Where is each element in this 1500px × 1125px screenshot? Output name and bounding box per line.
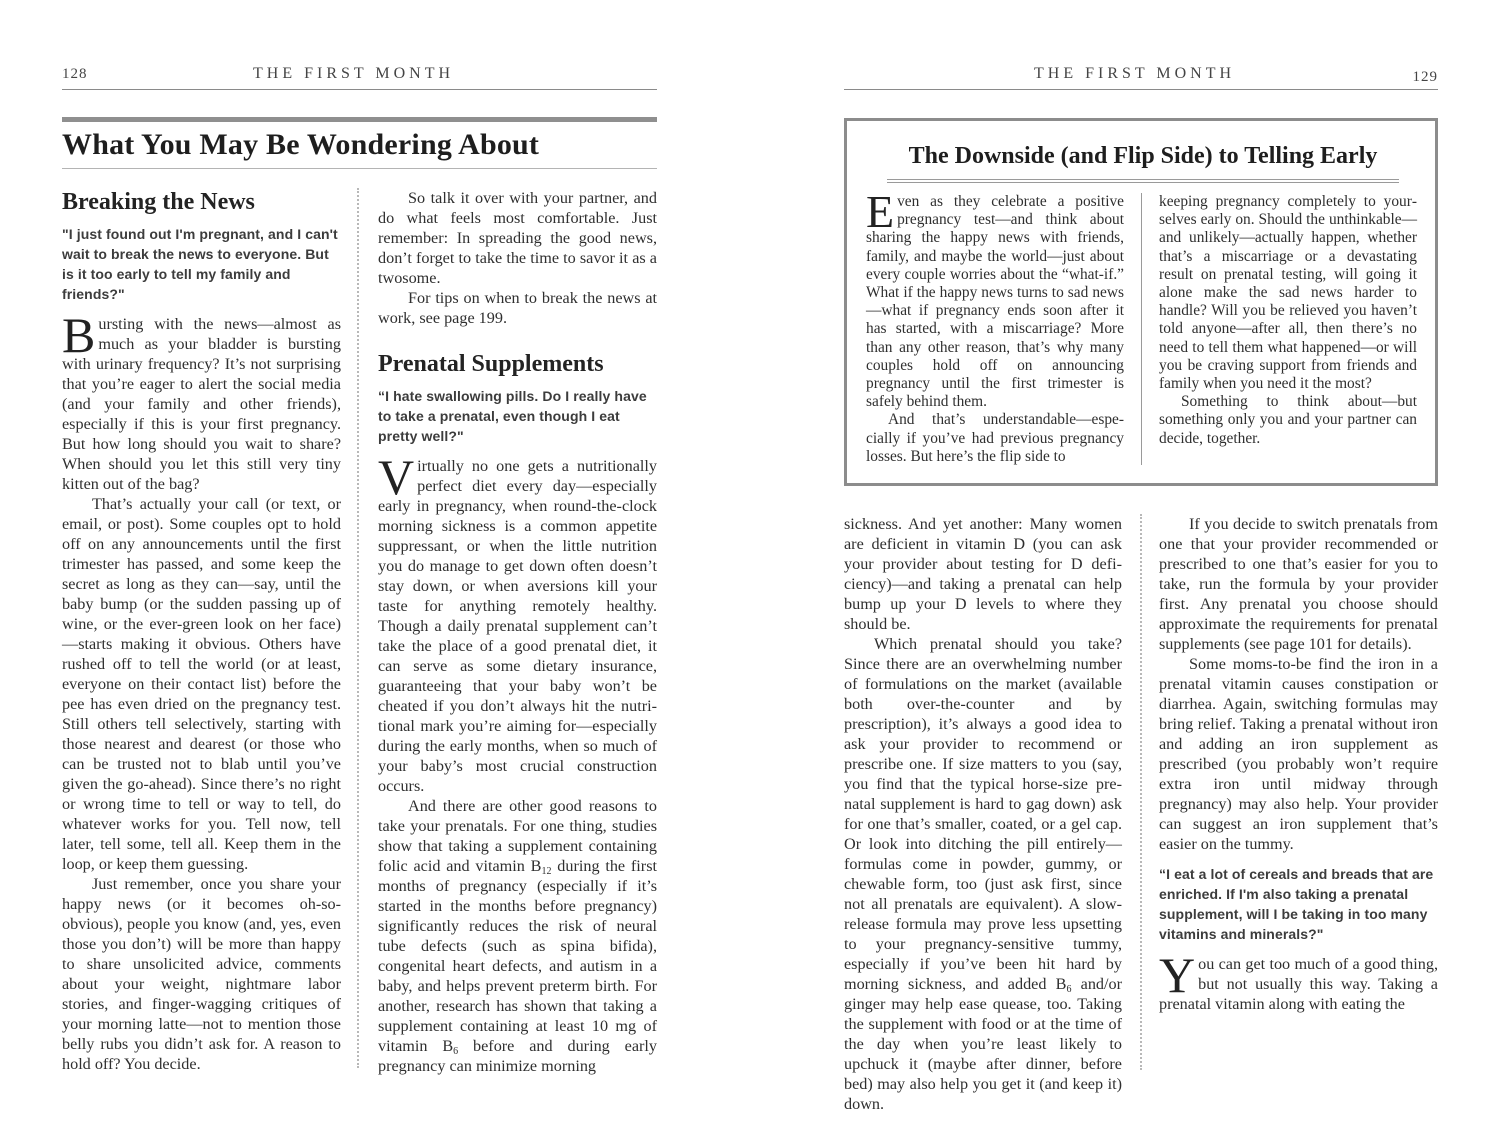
- right-page: THE FIRST MONTH 129 The Downside (and Fl…: [844, 0, 1438, 1125]
- body-paragraph: Virtually no one gets a nutritionally pe…: [378, 456, 657, 796]
- sidebar-paragraph: keeping pregnancy completely to your­sel…: [1159, 193, 1417, 393]
- section-rule: [62, 117, 657, 122]
- left-page: 128 THE FIRST MONTH What You May Be Wond…: [62, 0, 657, 1125]
- column-divider: [1140, 514, 1142, 1070]
- sidebar-column-divider: [1141, 193, 1142, 465]
- drop-cap: V: [378, 458, 414, 496]
- body-paragraph: Just remember, once you share your happy…: [62, 874, 341, 1074]
- body-paragraph: And there are other good reasons to take…: [378, 796, 657, 1076]
- sidebar-paragraph: Even as they celebrate a positive pregna…: [866, 193, 1124, 411]
- column-divider: [357, 188, 359, 1068]
- reader-question: "I just found out I'm pregnant, and I ca…: [62, 224, 341, 304]
- body-paragraph: So talk it over with your partner, and d…: [378, 188, 657, 288]
- drop-cap: Y: [1159, 956, 1195, 994]
- sidebar-box: The Downside (and Flip Side) to Telling …: [844, 118, 1438, 486]
- reader-question: “I hate swallowing pills. Do I really ha…: [378, 386, 657, 446]
- body-paragraph: sickness. And yet another: Many women ar…: [844, 514, 1122, 634]
- body-paragraph: For tips on when to break the news at wo…: [378, 288, 657, 328]
- drop-cap: B: [62, 316, 95, 354]
- running-head-title: THE FIRST MONTH: [253, 65, 454, 83]
- subhead-prenatal-supplements: Prenatal Supplements: [378, 350, 657, 378]
- sidebar-title: The Downside (and Flip Side) to Telling …: [887, 143, 1399, 170]
- column-3: sickness. And yet another: Many women ar…: [844, 514, 1122, 1114]
- drop-cap: E: [866, 195, 894, 229]
- running-head: THE FIRST MONTH 129: [844, 64, 1438, 90]
- sidebar-title-rule: [887, 179, 1399, 183]
- reader-question: “I eat a lot of cereals and breads that …: [1159, 864, 1438, 944]
- column-2: So talk it over with your partner, and d…: [378, 188, 657, 1076]
- column-4: If you decide to switch prenatals from o…: [1159, 514, 1438, 1014]
- page-number: 129: [1413, 69, 1439, 86]
- subhead-breaking-news: Breaking the News: [62, 188, 341, 216]
- column-1: Breaking the News "I just found out I'm …: [62, 188, 341, 1074]
- body-paragraph: If you decide to switch prenatals from o…: [1159, 514, 1438, 654]
- body-paragraph: Some moms-to-be find the iron in a prena…: [1159, 654, 1438, 854]
- body-paragraph: Which prenatal should you take? Since th…: [844, 634, 1122, 1114]
- sidebar-paragraph: Something to think about—but something o…: [1159, 393, 1417, 448]
- sidebar-column-1: Even as they celebrate a positive pregna…: [866, 193, 1124, 466]
- body-paragraph: That’s actually your call (or text, or e…: [62, 494, 341, 874]
- body-paragraph: Bursting with the news—almost as much as…: [62, 314, 341, 494]
- page-number: 128: [62, 66, 88, 83]
- running-head-title: THE FIRST MONTH: [1034, 65, 1235, 83]
- section-title: What You May Be Wondering About: [62, 128, 539, 162]
- section-divider: [62, 168, 657, 169]
- sidebar-paragraph: And that’s understandable—espe­cially if…: [866, 411, 1124, 466]
- body-paragraph: You can get too much of a good thing, bu…: [1159, 954, 1438, 1014]
- running-head: 128 THE FIRST MONTH: [62, 64, 657, 90]
- sidebar-column-2: keeping pregnancy completely to your­sel…: [1159, 193, 1417, 448]
